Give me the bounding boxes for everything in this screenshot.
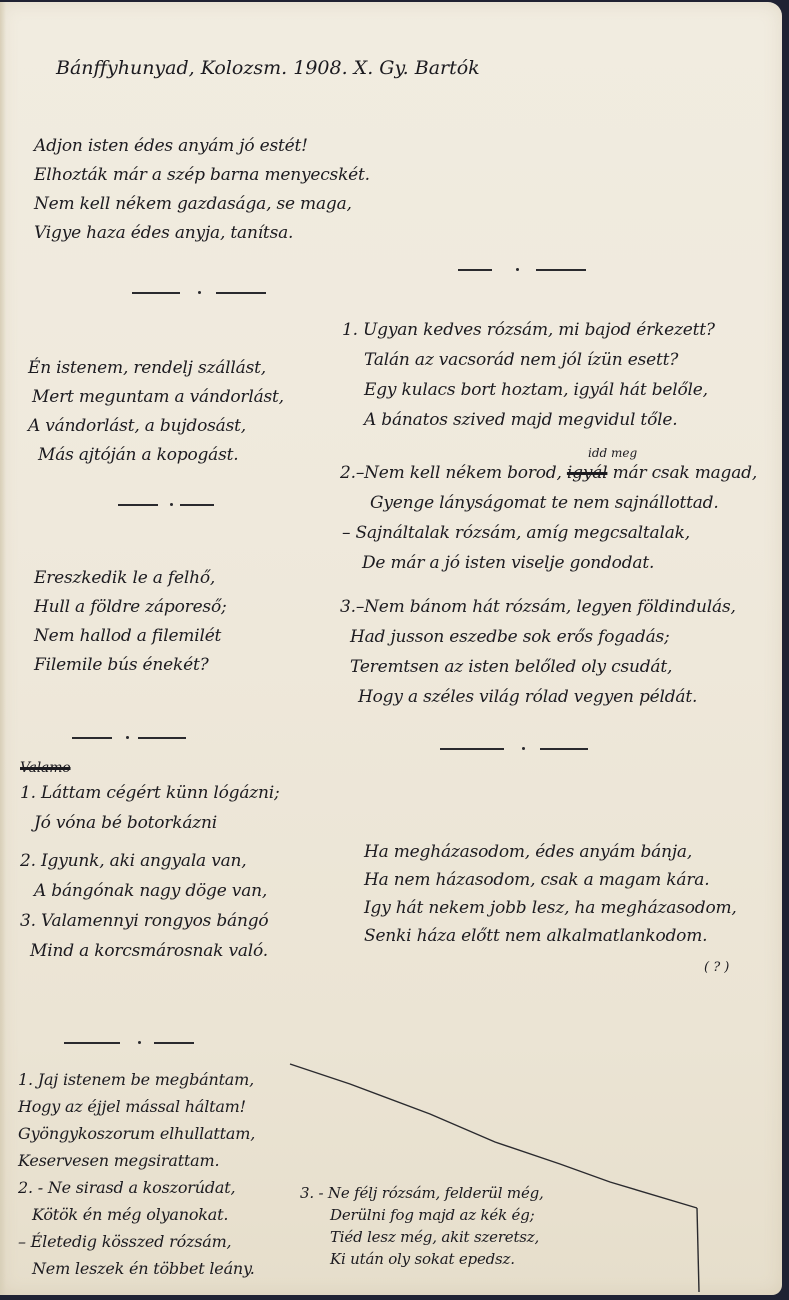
verse-line: Igy hát nekem jobb lesz, ha megházasodom…: [364, 894, 737, 922]
verse-line: Ha megházasodom, édes anyám bánja,: [364, 838, 737, 866]
verse-line: Elhozták már a szép barna menyecskét.: [34, 161, 370, 190]
verse-line: Teremtsen az isten belőled oly csudát,: [340, 652, 736, 682]
section-separator: [440, 744, 590, 754]
verse-line: Én istenem, rendelj szállást,: [28, 354, 284, 383]
verse-line: Vigye haza édes anyja, tanítsa.: [34, 219, 370, 248]
song-2: Én istenem, rendelj szállást, Mert megun…: [28, 354, 284, 470]
verse-line: Ha nem házasodom, csak a magam kára.: [364, 866, 737, 894]
verse-line: Nem kell nékem gazdasága, se maga,: [34, 190, 370, 219]
verse-line: Mert meguntam a vándorlást,: [28, 383, 284, 412]
song-7: Ha megházasodom, édes anyám bánja, Ha ne…: [364, 838, 737, 950]
verse-line: Talán az vacsorád nem jól ízün esett?: [342, 345, 715, 375]
verse-line: Hogy az éjjel mással háltam!: [18, 1093, 255, 1120]
verse-line: 3. Valamennyi rongyos bángó: [20, 906, 280, 936]
section-separator: [458, 265, 588, 275]
verse-line: 2. Igyunk, aki angyala van,: [20, 846, 280, 876]
verse-line: Nem leszek én többet leány.: [18, 1255, 255, 1282]
verse-line: 1. Láttam cégért künn lógázni;: [20, 778, 280, 808]
question-note: ( ? ): [704, 960, 729, 975]
section-separator: [132, 288, 272, 298]
verse-line: Adjon isten édes anyám jó estét!: [34, 132, 370, 161]
verse-line: 3.–Nem bánom hát rózsám, legyen földindu…: [340, 592, 736, 622]
verse-line: Filemile bús énekét?: [34, 651, 227, 680]
verse-line: Egy kulacs bort hoztam, igyál hát belőle…: [342, 375, 715, 405]
section-separator: [72, 733, 192, 743]
verse-line: De már a jó isten viselje gondodat.: [340, 548, 757, 578]
verse-line: Had jusson eszedbe sok erős fogadás;: [340, 622, 736, 652]
verse-line: 1. Jaj istenem be megbántam,: [18, 1066, 255, 1093]
verse-line: Ereszkedik le a felhő,: [34, 564, 227, 593]
verse-line: Derülni fog majd az kék ég;: [300, 1204, 544, 1226]
verse-line: Nem hallod a filemilét: [34, 622, 227, 651]
song-4: Valamo 1. Láttam cégért künn lógázni; Jó…: [20, 758, 280, 966]
verse-line: Hull a földre záporeső;: [34, 593, 227, 622]
verse-line: Más ajtóján a kopogást.: [28, 441, 284, 470]
verse-line: Hogy a széles világ rólad vegyen példát.: [340, 682, 736, 712]
verse-line: 2. - Ne sirasd a koszorúdat,: [18, 1174, 255, 1201]
verse-line: 3. - Ne félj rózsám, felderül még,: [300, 1182, 544, 1204]
song-6-verse-3: 3.–Nem bánom hát rózsám, legyen földindu…: [340, 592, 736, 712]
crossed-out-word: igyál: [567, 463, 608, 483]
verse-line: Gyenge lányságomat te nem sajnállottad.: [340, 488, 757, 518]
manuscript-page: Bánffyhunyad, Kolozsm. 1908. X. Gy. Bart…: [0, 2, 782, 1295]
song-5: 1. Jaj istenem be megbántam, Hogy az éjj…: [18, 1066, 255, 1282]
verse-line: A vándorlást, a bujdosást,: [28, 412, 284, 441]
section-separator: [118, 500, 218, 510]
verse-line: – Életedig kösszed rózsám,: [18, 1228, 255, 1255]
song-1: Adjon isten édes anyám jó estét! Elhoztá…: [34, 132, 370, 248]
verse-line: Keservesen megsirattam.: [18, 1147, 255, 1174]
song-5-verse-3: 3. - Ne félj rózsám, felderül még, Derül…: [300, 1182, 544, 1270]
crossed-out-word: Valamo: [20, 758, 280, 778]
section-separator: [64, 1038, 194, 1048]
verse-line: Kötök én még olyanokat.: [18, 1201, 255, 1228]
verse-line: Jó vóna bé botorkázni: [20, 808, 280, 838]
song-3: Ereszkedik le a felhő, Hull a földre záp…: [34, 564, 227, 680]
verse-line: A bángónak nagy döge van,: [20, 876, 280, 906]
verse-text: már csak magad,: [613, 463, 757, 483]
verse-line: Tiéd lesz még, akit szeretsz,: [300, 1226, 544, 1248]
verse-text: 2.–Nem kell nékem borod,: [340, 463, 562, 483]
page-header: Bánffyhunyad, Kolozsm. 1908. X. Gy. Bart…: [56, 54, 480, 83]
verse-line: 1. Ugyan kedves rózsám, mi bajod érkezet…: [342, 315, 715, 345]
verse-line: – Sajnáltalak rózsám, amíg megcsaltalak,: [340, 518, 757, 548]
song-6-verse-2: 2.–Nem kell nékem borod, igyál már csak …: [340, 458, 757, 578]
verse-line: Senki háza előtt nem alkalmatlankodom.: [364, 922, 737, 950]
verse-line: Ki után oly sokat epedsz.: [300, 1248, 544, 1270]
verse-line: 2.–Nem kell nékem borod, igyál már csak …: [340, 458, 757, 488]
verse-line: Gyöngykoszorum elhullattam,: [18, 1120, 255, 1147]
song-6-verse-1: 1. Ugyan kedves rózsám, mi bajod érkezet…: [342, 315, 715, 435]
verse-line: Mind a korcsmárosnak való.: [20, 936, 280, 966]
verse-line: A bánatos szived majd megvidul tőle.: [342, 405, 715, 435]
